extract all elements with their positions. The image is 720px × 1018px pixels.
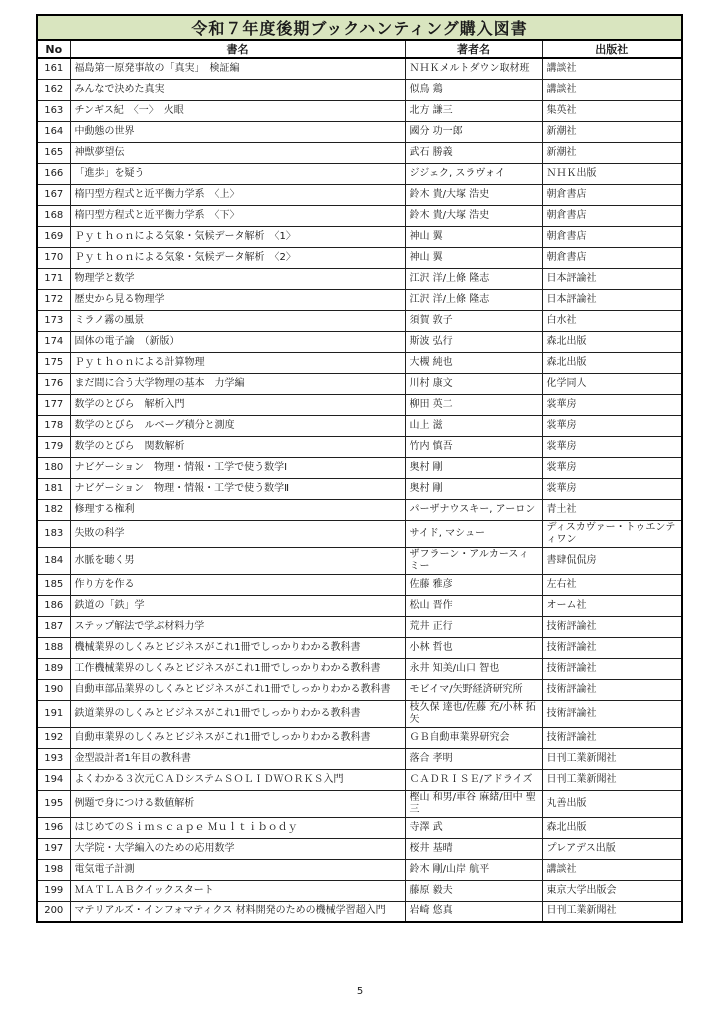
row-number-cell: 165 [37, 142, 70, 163]
table-row: 167 楕円型方程式と近平衡力学系 〈上〉 鈴木 貴/大塚 浩史 朝倉書店 [37, 184, 682, 205]
book-title-cell: 神獣夢望伝 [70, 142, 405, 163]
table-row: 164 中動態の世界 國分 功一郎 新潮社 [37, 121, 682, 142]
row-number-cell: 198 [37, 859, 70, 880]
column-header-author: 著者名 [405, 40, 542, 58]
author-cell: ザフラーン・アルカースィミー [405, 547, 542, 574]
book-title-cell: 修理する権利 [70, 499, 405, 520]
column-header-title: 書名 [70, 40, 405, 58]
row-number-cell: 196 [37, 817, 70, 838]
book-title-cell: 楕円型方程式と近平衡力学系 〈下〉 [70, 205, 405, 226]
row-number-cell: 169 [37, 226, 70, 247]
book-title-cell: 鉄道の「鉄」学 [70, 595, 405, 616]
publisher-cell: 講談社 [542, 79, 682, 100]
row-number-cell: 188 [37, 637, 70, 658]
row-number-cell: 166 [37, 163, 70, 184]
publisher-cell: 講談社 [542, 58, 682, 79]
author-cell: パーザナウスキー, アーロン [405, 499, 542, 520]
table-row: 175 Ｐｙｔｈｏｎによる計算物理 大槻 純也 森北出版 [37, 352, 682, 373]
book-title-cell: 福島第一原発事故の「真実」 検証編 [70, 58, 405, 79]
row-number-cell: 168 [37, 205, 70, 226]
book-list-table: 令和７年度後期ブックハンティング購入図書 No 書名 著者名 出版社 161 福… [36, 14, 683, 923]
author-cell: 山上 滋 [405, 415, 542, 436]
page-number: 5 [0, 986, 720, 997]
table-row: 173 ミラノ霧の風景 須賀 敦子 白水社 [37, 310, 682, 331]
publisher-cell: 朝倉書店 [542, 226, 682, 247]
table-row: 162 みんなで決めた真実 似鳥 鶏 講談社 [37, 79, 682, 100]
author-cell: 須賀 敦子 [405, 310, 542, 331]
author-cell: 竹内 慎吾 [405, 436, 542, 457]
table-row: 178 数学のとびら ルベーグ積分と測度 山上 滋 裳華房 [37, 415, 682, 436]
book-title-cell: ミラノ霧の風景 [70, 310, 405, 331]
author-cell: 樫山 和男/車谷 麻緒/田中 聖三 [405, 790, 542, 817]
row-number-cell: 199 [37, 880, 70, 901]
publisher-cell: 日本評論社 [542, 289, 682, 310]
publisher-cell: 集英社 [542, 100, 682, 121]
author-cell: 松山 晋作 [405, 595, 542, 616]
table-row: 195 例題で身につける数値解析 樫山 和男/車谷 麻緒/田中 聖三 丸善出版 [37, 790, 682, 817]
book-title-cell: 数学のとびら 解析入門 [70, 394, 405, 415]
publisher-cell: 裳華房 [542, 394, 682, 415]
table-row: 181 ナビゲーション 物理・情報・工学で使う数学Ⅱ 奥村 剛 裳華房 [37, 478, 682, 499]
author-cell: 小林 哲也 [405, 637, 542, 658]
book-title-cell: 失敗の科学 [70, 520, 405, 547]
row-number-cell: 164 [37, 121, 70, 142]
author-cell: 江沢 洋/上條 隆志 [405, 268, 542, 289]
publisher-cell: 白水社 [542, 310, 682, 331]
row-number-cell: 185 [37, 574, 70, 595]
table-row: 190 自動車部品業界のしくみとビジネスがこれ1冊でしっかりわかる教科書 モビイ… [37, 679, 682, 700]
table-row: 163 チンギス紀 〈一〉 火眼 北方 謙三 集英社 [37, 100, 682, 121]
table-row: 177 数学のとびら 解析入門 柳田 英二 裳華房 [37, 394, 682, 415]
author-cell: 武石 勝義 [405, 142, 542, 163]
author-cell: 斯波 弘行 [405, 331, 542, 352]
publisher-cell: 裳華房 [542, 478, 682, 499]
author-cell: 寺澤 武 [405, 817, 542, 838]
book-title-cell: ナビゲーション 物理・情報・工学で使う数学Ⅱ [70, 478, 405, 499]
publisher-cell: 新潮社 [542, 142, 682, 163]
publisher-cell: 森北出版 [542, 352, 682, 373]
row-number-cell: 163 [37, 100, 70, 121]
publisher-cell: 日刊工業新聞社 [542, 901, 682, 922]
publisher-cell: 丸善出版 [542, 790, 682, 817]
row-number-cell: 174 [37, 331, 70, 352]
author-cell: ＧＢ自動車業界研究会 [405, 727, 542, 748]
book-title-cell: 数学のとびら 関数解析 [70, 436, 405, 457]
publisher-cell: 裳華房 [542, 415, 682, 436]
row-number-cell: 182 [37, 499, 70, 520]
table-row: 187 ステップ解法で学ぶ材料力学 荒井 正行 技術評論社 [37, 616, 682, 637]
header-row: No 書名 著者名 出版社 [37, 40, 682, 58]
title-row: 令和７年度後期ブックハンティング購入図書 [37, 15, 682, 40]
book-title-cell: チンギス紀 〈一〉 火眼 [70, 100, 405, 121]
publisher-cell: 書肆侃侃房 [542, 547, 682, 574]
author-cell: 佐藤 雅彦 [405, 574, 542, 595]
book-title-cell: 大学院・大学編入のための応用数学 [70, 838, 405, 859]
publisher-cell: 森北出版 [542, 817, 682, 838]
book-title-cell: 物理学と数学 [70, 268, 405, 289]
publisher-cell: プレアデス出版 [542, 838, 682, 859]
author-cell: 神山 翼 [405, 247, 542, 268]
author-cell: 鈴木 貴/大塚 浩史 [405, 205, 542, 226]
book-title-cell: ＭＡＴＬＡＢクイックスタート [70, 880, 405, 901]
author-cell: 鈴木 貴/大塚 浩史 [405, 184, 542, 205]
table-row: 191 鉄道業界のしくみとビジネスがこれ1冊でしっかりわかる教科書 枝久保 達也… [37, 700, 682, 727]
publisher-cell: 朝倉書店 [542, 184, 682, 205]
table-row: 166 「進歩」を疑う ジジェク, スラヴォイ ＮＨＫ出版 [37, 163, 682, 184]
publisher-cell: 技術評論社 [542, 658, 682, 679]
table-row: 172 歴史から見る物理学 江沢 洋/上條 隆志 日本評論社 [37, 289, 682, 310]
table-row: 168 楕円型方程式と近平衡力学系 〈下〉 鈴木 貴/大塚 浩史 朝倉書店 [37, 205, 682, 226]
row-number-cell: 190 [37, 679, 70, 700]
book-title-cell: 電気電子計測 [70, 859, 405, 880]
author-cell: 國分 功一郎 [405, 121, 542, 142]
book-title-cell: 「進歩」を疑う [70, 163, 405, 184]
book-title-cell: 自動車業界のしくみとビジネスがこれ1冊でしっかりわかる教科書 [70, 727, 405, 748]
author-cell: 大槻 純也 [405, 352, 542, 373]
table-row: 183 失敗の科学 サイド, マシュー ディスカヴァー・トゥエンティワン [37, 520, 682, 547]
publisher-cell: 朝倉書店 [542, 247, 682, 268]
row-number-cell: 173 [37, 310, 70, 331]
table-row: 184 水脈を聴く男 ザフラーン・アルカースィミー 書肆侃侃房 [37, 547, 682, 574]
publisher-cell: 左右社 [542, 574, 682, 595]
table-row: 196 はじめてのＳｉｍｓｃａｐｅ Ｍｕｌｔｉｂｏｄｙ 寺澤 武 森北出版 [37, 817, 682, 838]
author-cell: 枝久保 達也/佐藤 充/小林 拓矢 [405, 700, 542, 727]
row-number-cell: 187 [37, 616, 70, 637]
book-title-cell: 鉄道業界のしくみとビジネスがこれ1冊でしっかりわかる教科書 [70, 700, 405, 727]
author-cell: 北方 謙三 [405, 100, 542, 121]
book-title-cell: 例題で身につける数値解析 [70, 790, 405, 817]
author-cell: 川村 康文 [405, 373, 542, 394]
author-cell: 江沢 洋/上條 隆志 [405, 289, 542, 310]
author-cell: 神山 翼 [405, 226, 542, 247]
book-title-cell: 楕円型方程式と近平衡力学系 〈上〉 [70, 184, 405, 205]
book-title-cell: 歴史から見る物理学 [70, 289, 405, 310]
row-number-cell: 195 [37, 790, 70, 817]
publisher-cell: 青土社 [542, 499, 682, 520]
publisher-cell: 日本評論社 [542, 268, 682, 289]
author-cell: 荒井 正行 [405, 616, 542, 637]
publisher-cell: 技術評論社 [542, 679, 682, 700]
author-cell: 似鳥 鶏 [405, 79, 542, 100]
book-title-cell: よくわかる３次元ＣＡＤシステムＳＯＬＩＤＷＯＲＫＳ入門 [70, 769, 405, 790]
row-number-cell: 179 [37, 436, 70, 457]
row-number-cell: 194 [37, 769, 70, 790]
book-title-cell: はじめてのＳｉｍｓｃａｐｅ Ｍｕｌｔｉｂｏｄｙ [70, 817, 405, 838]
row-number-cell: 162 [37, 79, 70, 100]
table-row: 200 マテリアルズ・インフォマティクス 材料開発のための機械学習超入門 岩崎 … [37, 901, 682, 922]
table-row: 198 電気電子計測 鈴木 剛/山岸 航平 講談社 [37, 859, 682, 880]
book-title-cell: ステップ解法で学ぶ材料力学 [70, 616, 405, 637]
table-row: 197 大学院・大学編入のための応用数学 桜井 基晴 プレアデス出版 [37, 838, 682, 859]
row-number-cell: 178 [37, 415, 70, 436]
table-row: 176 まだ間に合う大学物理の基本 力学編 川村 康文 化学同人 [37, 373, 682, 394]
table-row: 171 物理学と数学 江沢 洋/上條 隆志 日本評論社 [37, 268, 682, 289]
table-row: 185 作り方を作る 佐藤 雅彦 左右社 [37, 574, 682, 595]
book-title-cell: 作り方を作る [70, 574, 405, 595]
table-body: 161 福島第一原発事故の「真実」 検証編 ＮＨＫメルトダウン取材班 講談社 1… [37, 58, 682, 922]
row-number-cell: 191 [37, 700, 70, 727]
publisher-cell: 化学同人 [542, 373, 682, 394]
table-row: 193 金型設計者1年目の教科書 落合 孝明 日刊工業新聞社 [37, 748, 682, 769]
book-title-cell: みんなで決めた真実 [70, 79, 405, 100]
table-row: 186 鉄道の「鉄」学 松山 晋作 オーム社 [37, 595, 682, 616]
row-number-cell: 181 [37, 478, 70, 499]
table-row: 188 機械業界のしくみとビジネスがこれ1冊でしっかりわかる教科書 小林 哲也 … [37, 637, 682, 658]
book-title-cell: 水脈を聴く男 [70, 547, 405, 574]
author-cell: 岩崎 悠真 [405, 901, 542, 922]
publisher-cell: 森北出版 [542, 331, 682, 352]
column-header-no: No [37, 40, 70, 58]
row-number-cell: 161 [37, 58, 70, 79]
publisher-cell: オーム社 [542, 595, 682, 616]
row-number-cell: 183 [37, 520, 70, 547]
table-row: 165 神獣夢望伝 武石 勝義 新潮社 [37, 142, 682, 163]
table-row: 161 福島第一原発事故の「真実」 検証編 ＮＨＫメルトダウン取材班 講談社 [37, 58, 682, 79]
row-number-cell: 192 [37, 727, 70, 748]
book-title-cell: 自動車部品業界のしくみとビジネスがこれ1冊でしっかりわかる教科書 [70, 679, 405, 700]
row-number-cell: 167 [37, 184, 70, 205]
book-title-cell: ナビゲーション 物理・情報・工学で使う数学Ⅰ [70, 457, 405, 478]
author-cell: ジジェク, スラヴォイ [405, 163, 542, 184]
author-cell: 落合 孝明 [405, 748, 542, 769]
author-cell: ＮＨＫメルトダウン取材班 [405, 58, 542, 79]
row-number-cell: 177 [37, 394, 70, 415]
row-number-cell: 171 [37, 268, 70, 289]
book-title-cell: 工作機械業界のしくみとビジネスがこれ1冊でしっかりわかる教科書 [70, 658, 405, 679]
author-cell: モビイマ/矢野経済研究所 [405, 679, 542, 700]
publisher-cell: 東京大学出版会 [542, 880, 682, 901]
book-title-cell: Ｐｙｔｈｏｎによる気象・気候データ解析 〈2〉 [70, 247, 405, 268]
author-cell: ＣＡＤＲＩＳＥ/アドライズ [405, 769, 542, 790]
publisher-cell: 裳華房 [542, 457, 682, 478]
author-cell: 鈴木 剛/山岸 航平 [405, 859, 542, 880]
row-number-cell: 186 [37, 595, 70, 616]
row-number-cell: 180 [37, 457, 70, 478]
row-number-cell: 172 [37, 289, 70, 310]
column-header-publisher: 出版社 [542, 40, 682, 58]
author-cell: 藤原 毅夫 [405, 880, 542, 901]
book-title-cell: Ｐｙｔｈｏｎによる気象・気候データ解析 〈1〉 [70, 226, 405, 247]
table-row: 174 固体の電子論 （新版） 斯波 弘行 森北出版 [37, 331, 682, 352]
table-title: 令和７年度後期ブックハンティング購入図書 [37, 15, 682, 40]
publisher-cell: 日刊工業新聞社 [542, 769, 682, 790]
publisher-cell: 新潮社 [542, 121, 682, 142]
row-number-cell: 189 [37, 658, 70, 679]
document-page: 令和７年度後期ブックハンティング購入図書 No 書名 著者名 出版社 161 福… [0, 0, 720, 1018]
table-row: 180 ナビゲーション 物理・情報・工学で使う数学Ⅰ 奥村 剛 裳華房 [37, 457, 682, 478]
table-row: 194 よくわかる３次元ＣＡＤシステムＳＯＬＩＤＷＯＲＫＳ入門 ＣＡＤＲＩＳＥ/… [37, 769, 682, 790]
book-title-cell: 中動態の世界 [70, 121, 405, 142]
book-title-cell: まだ間に合う大学物理の基本 力学編 [70, 373, 405, 394]
table-row: 199 ＭＡＴＬＡＢクイックスタート 藤原 毅夫 東京大学出版会 [37, 880, 682, 901]
book-title-cell: Ｐｙｔｈｏｎによる計算物理 [70, 352, 405, 373]
author-cell: サイド, マシュー [405, 520, 542, 547]
table-row: 192 自動車業界のしくみとビジネスがこれ1冊でしっかりわかる教科書 ＧＢ自動車… [37, 727, 682, 748]
book-title-cell: 数学のとびら ルベーグ積分と測度 [70, 415, 405, 436]
author-cell: 奥村 剛 [405, 478, 542, 499]
publisher-cell: 技術評論社 [542, 700, 682, 727]
table-row: 182 修理する権利 パーザナウスキー, アーロン 青土社 [37, 499, 682, 520]
publisher-cell: 技術評論社 [542, 727, 682, 748]
publisher-cell: 講談社 [542, 859, 682, 880]
publisher-cell: ＮＨＫ出版 [542, 163, 682, 184]
table-row: 169 Ｐｙｔｈｏｎによる気象・気候データ解析 〈1〉 神山 翼 朝倉書店 [37, 226, 682, 247]
book-title-cell: 固体の電子論 （新版） [70, 331, 405, 352]
table-row: 189 工作機械業界のしくみとビジネスがこれ1冊でしっかりわかる教科書 永井 知… [37, 658, 682, 679]
book-title-cell: マテリアルズ・インフォマティクス 材料開発のための機械学習超入門 [70, 901, 405, 922]
publisher-cell: 技術評論社 [542, 637, 682, 658]
row-number-cell: 170 [37, 247, 70, 268]
author-cell: 永井 知美/山口 智也 [405, 658, 542, 679]
publisher-cell: 朝倉書店 [542, 205, 682, 226]
table-row: 170 Ｐｙｔｈｏｎによる気象・気候データ解析 〈2〉 神山 翼 朝倉書店 [37, 247, 682, 268]
publisher-cell: 裳華房 [542, 436, 682, 457]
book-title-cell: 機械業界のしくみとビジネスがこれ1冊でしっかりわかる教科書 [70, 637, 405, 658]
row-number-cell: 175 [37, 352, 70, 373]
publisher-cell: 技術評論社 [542, 616, 682, 637]
publisher-cell: 日刊工業新聞社 [542, 748, 682, 769]
publisher-cell: ディスカヴァー・トゥエンティワン [542, 520, 682, 547]
author-cell: 奥村 剛 [405, 457, 542, 478]
row-number-cell: 176 [37, 373, 70, 394]
author-cell: 柳田 英二 [405, 394, 542, 415]
row-number-cell: 193 [37, 748, 70, 769]
book-title-cell: 金型設計者1年目の教科書 [70, 748, 405, 769]
row-number-cell: 197 [37, 838, 70, 859]
row-number-cell: 200 [37, 901, 70, 922]
author-cell: 桜井 基晴 [405, 838, 542, 859]
row-number-cell: 184 [37, 547, 70, 574]
table-row: 179 数学のとびら 関数解析 竹内 慎吾 裳華房 [37, 436, 682, 457]
